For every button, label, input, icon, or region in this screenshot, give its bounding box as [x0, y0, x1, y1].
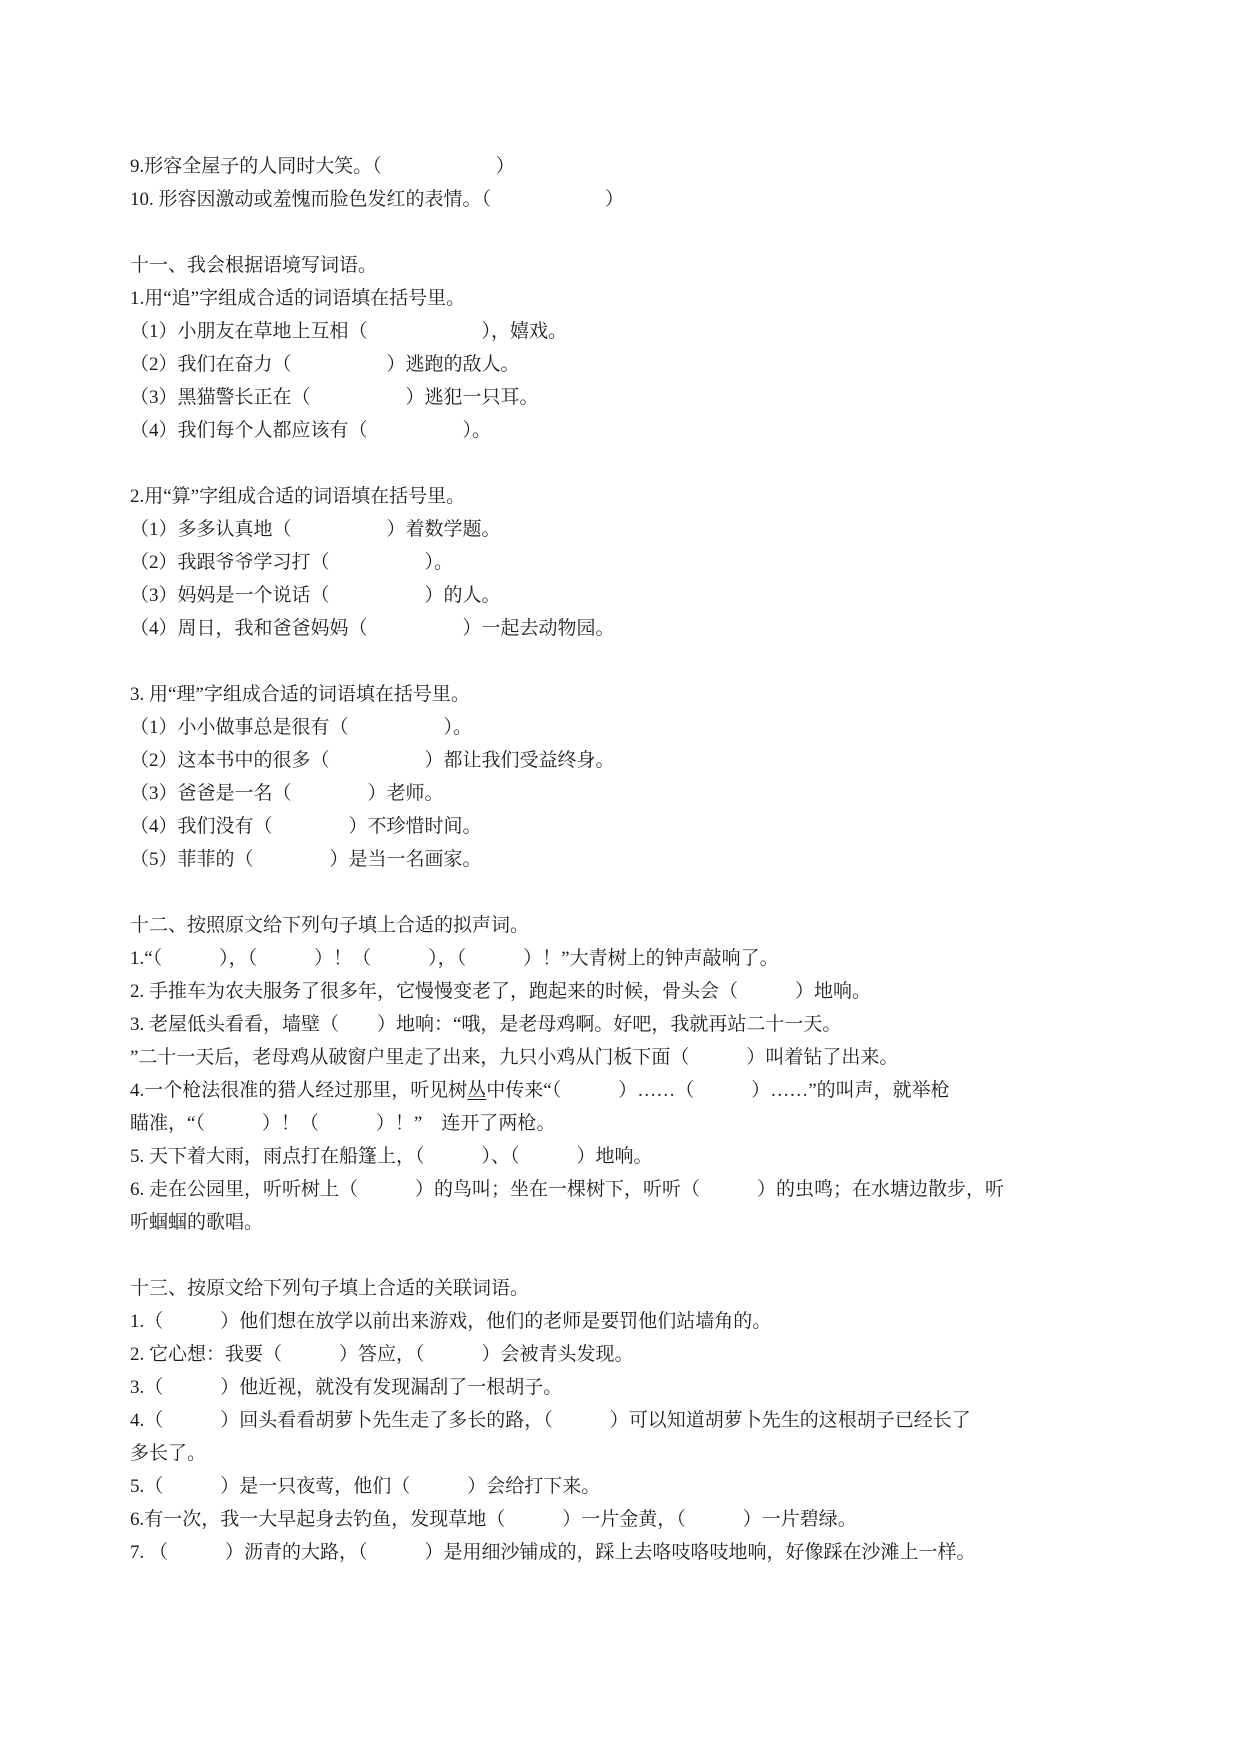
section-11-q2-item-2: （2）我跟爷爷学习打（ ）。 — [130, 546, 1123, 579]
section-12-line-2: 2. 手推车为农夫服务了很多年，它慢慢变老了，跑起来的时候，骨头会（ ）地响。 — [130, 975, 1123, 1008]
section-11-q1-item-3: （3）黑猫警长正在（ ）逃犯一只耳。 — [130, 381, 1123, 414]
section-11-q3-item-2: （2）这本书中的很多（ ）都让我们受益终身。 — [130, 744, 1123, 777]
section-12-line-3b: ”二十一天后，老母鸡从破窗户里走了出来，九只小鸡从门板下面（ ）叫着钻了出来。 — [130, 1041, 1123, 1074]
section-13-title: 十三、按原文给下列句子填上合适的关联词语。 — [130, 1272, 1123, 1305]
section-11-q2-item-1: （1）多多认真地（ ）着数学题。 — [130, 513, 1123, 546]
section-12-line-6a: 6. 走在公园里，听听树上（ ）的鸟叫；坐在一棵树下，听听（ ）的虫鸣；在水塘边… — [130, 1173, 1123, 1206]
section-11-q2-title: 2.用“算”字组成合适的词语填在括号里。 — [130, 480, 1123, 513]
section-13-line-2: 2. 它心想：我要（ ）答应，（ ）会被青头发现。 — [130, 1338, 1123, 1371]
section-12-line-3a: 3. 老屋低头看看，墙壁（ ）地响：“哦，是老母鸡啊。好吧，我就再站二十一天。 — [130, 1008, 1123, 1041]
paragraph-gap — [130, 216, 1123, 249]
section-12-line-5: 5. 天下着大雨，雨点打在船篷上，（ ）、（ ）地响。 — [130, 1140, 1123, 1173]
line-text-post: 中传来“（ ）……（ ）……”的叫声，就举枪 — [486, 1080, 949, 1101]
section-11-q3-item-1: （1）小小做事总是很有（ ）。 — [130, 711, 1123, 744]
section-11-q3-item-3: （3）爸爸是一名（ ）老师。 — [130, 777, 1123, 810]
section-11-title: 十一、我会根据语境写词语。 — [130, 249, 1123, 282]
section-11-q1-item-1: （1）小朋友在草地上互相（ ），嬉戏。 — [130, 315, 1123, 348]
paragraph-gap — [130, 1239, 1123, 1272]
section-13-line-3: 3.（ ）他近视，就没有发现漏刮了一根胡子。 — [130, 1371, 1123, 1404]
section-11-q3-item-5: （5）菲菲的（ ）是当一名画家。 — [130, 843, 1123, 876]
section-11-q1-item-2: （2）我们在奋力（ ）逃跑的敌人。 — [130, 348, 1123, 381]
line-text-pre: 4.一个枪法很准的猎人经过那里，听见树 — [130, 1080, 467, 1101]
section-13-line-5: 5.（ ）是一只夜莺，他们（ ）会给打下来。 — [130, 1470, 1123, 1503]
underlined-char: 丛 — [467, 1080, 486, 1101]
section-11-q3-item-4: （4）我们没有（ ）不珍惜时间。 — [130, 810, 1123, 843]
definition-item-10: 10. 形容因激动或羞愧而脸色发红的表情。（ ） — [130, 183, 1123, 216]
section-13-line-4a: 4.（ ）回头看看胡萝卜先生走了多长的路，（ ）可以知道胡萝卜先生的这根胡子已经… — [130, 1404, 1123, 1437]
section-13-line-7: 7. （ ）沥青的大路，（ ）是用细沙铺成的，踩上去咯吱咯吱地响，好像踩在沙滩上… — [130, 1536, 1123, 1569]
definition-item-9: 9.形容全屋子的人同时大笑。（ ） — [130, 150, 1123, 183]
section-11-q2-item-4: （4）周日，我和爸爸妈妈（ ）一起去动物园。 — [130, 612, 1123, 645]
section-11-q1-item-4: （4）我们每个人都应该有（ ）。 — [130, 414, 1123, 447]
section-11-q3-title: 3. 用“理”字组成合适的词语填在括号里。 — [130, 678, 1123, 711]
section-12-line-4a: 4.一个枪法很准的猎人经过那里，听见树丛中传来“（ ）……（ ）……”的叫声，就… — [130, 1074, 1123, 1107]
section-13-line-1: 1.（ ）他们想在放学以前出来游戏，他们的老师是要罚他们站墙角的。 — [130, 1305, 1123, 1338]
section-11-q2-item-3: （3）妈妈是一个说话（ ）的人。 — [130, 579, 1123, 612]
section-12-title: 十二、按照原文给下列句子填上合适的拟声词。 — [130, 909, 1123, 942]
paragraph-gap — [130, 876, 1123, 909]
section-12-line-1: 1.“（ ），（ ）！（ ），（ ）！”大青树上的钟声敲响了。 — [130, 942, 1123, 975]
section-13-line-4b: 多长了。 — [130, 1437, 1123, 1470]
section-12-line-4b: 瞄准，“（ ）！（ ）！” 连开了两枪。 — [130, 1107, 1123, 1140]
paragraph-gap — [130, 447, 1123, 480]
worksheet-page: 9.形容全屋子的人同时大笑。（ ） 10. 形容因激动或羞愧而脸色发红的表情。（… — [0, 0, 1241, 1754]
paragraph-gap — [130, 645, 1123, 678]
section-12-line-6b: 听蝈蝈的歌唱。 — [130, 1206, 1123, 1239]
section-11-q1-title: 1.用“追”字组成合适的词语填在括号里。 — [130, 282, 1123, 315]
section-13-line-6: 6.有一次，我一大早起身去钓鱼，发现草地（ ）一片金黄，（ ）一片碧绿。 — [130, 1503, 1123, 1536]
